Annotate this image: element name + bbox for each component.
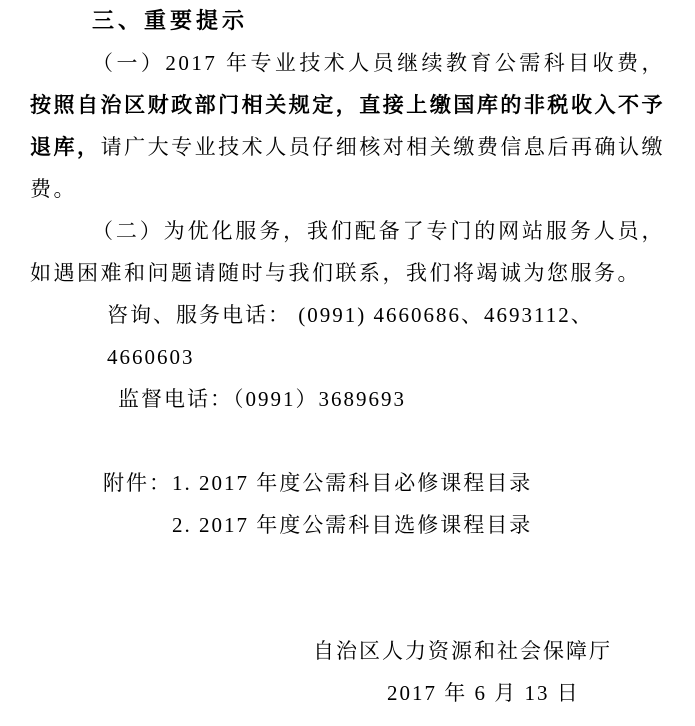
signature-block: 自治区人力资源和社会保障厅 2017 年 6 月 13 日 (30, 630, 665, 714)
attachments-label: 附件： (103, 462, 172, 504)
paragraph-1-text-end: 请广大专业技术人员仔细核对相关缴费信息后再确认缴费。 (30, 135, 665, 201)
supervision-phone-line: 监督电话：（0991）3689693 (30, 378, 665, 420)
document-page: 三、重要提示 （一）2017 年专业技术人员继续教育公需科目收费，按照自治区财政… (0, 0, 695, 726)
signature-organization: 自治区人力资源和社会保障厅 (30, 630, 665, 672)
paragraph-2: （二）为优化服务，我们配备了专门的网站服务人员，如遇困难和问题请随时与我们联系，… (30, 210, 665, 294)
attachment-item-1: 1. 2017 年度公需科目必修课程目录 (172, 462, 532, 504)
service-phone-line: 咨询、服务电话： (0991) 4660686、4693112、4660603 (30, 294, 665, 378)
section-heading: 三、重要提示 (30, 0, 665, 42)
attachments-list: 1. 2017 年度公需科目必修课程目录 2. 2017 年度公需科目选修课程目… (172, 462, 532, 546)
paragraph-1-text-start: （一）2017 年专业技术人员继续教育公需科目收费， (92, 51, 665, 75)
attachments-block: 附件： 1. 2017 年度公需科目必修课程目录 2. 2017 年度公需科目选… (30, 462, 665, 546)
signature-date: 2017 年 6 月 13 日 (30, 672, 665, 714)
attachment-item-2: 2. 2017 年度公需科目选修课程目录 (172, 504, 532, 546)
paragraph-1: （一）2017 年专业技术人员继续教育公需科目收费，按照自治区财政部门相关规定，… (30, 42, 665, 210)
